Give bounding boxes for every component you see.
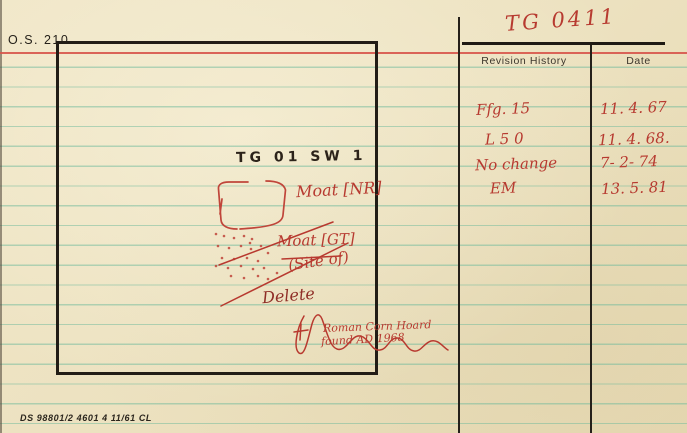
card-left-edge [0, 0, 2, 433]
revision-date: 13. 5. 81 [601, 178, 668, 198]
print-code: DS 98801/2 4601 4 11/61 CL [20, 413, 152, 423]
record-card: O.S. 210 TG 0411 Revision History Date F… [0, 0, 687, 433]
revision-date: 7- 2- 74 [600, 152, 658, 172]
revision-entry: No change [475, 154, 558, 175]
header-underline [462, 42, 665, 45]
panel-divider-line [458, 17, 460, 433]
column-divider-line [590, 44, 592, 433]
revision-date: 11. 4. 67 [600, 98, 667, 118]
revision-history-header: Revision History [459, 55, 589, 67]
revision-entry: L 5 0 [485, 129, 524, 148]
revision-date: 11. 4. 68. [598, 129, 670, 149]
date-column-header: Date [592, 55, 685, 67]
revision-entry: Ffg. 15 [476, 99, 531, 119]
moat-gt-label-struck: Moat [GT] [277, 230, 355, 251]
record-number: TG 01 SW 1 [236, 148, 367, 166]
revision-entry: EM [490, 179, 517, 198]
sheet-grid-reference: TG 0411 [504, 4, 617, 36]
